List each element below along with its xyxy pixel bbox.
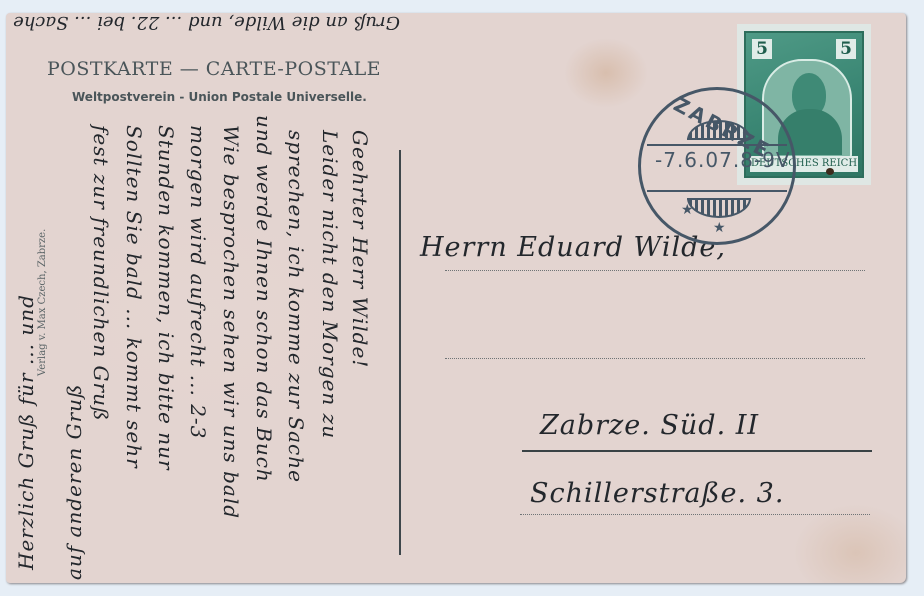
recipient-street: Schillerstraße. 3. bbox=[530, 478, 784, 509]
publisher-imprint: Verlag v. Max Czech, Zabrze. bbox=[37, 229, 48, 376]
recipient-city: Zabrze. Süd. II bbox=[540, 410, 759, 441]
message-line: Sollten Sie bald ... kommt sehr bbox=[122, 125, 146, 469]
message-line: Geehrter Herr Wilde! bbox=[348, 130, 372, 368]
star-icon: ★ bbox=[681, 202, 694, 218]
center-divider bbox=[399, 150, 401, 555]
recipient-name: Herrn Eduard Wilde, bbox=[420, 232, 726, 263]
address-rule bbox=[445, 270, 865, 271]
message-line: morgen wird aufrecht ... 2-3 bbox=[186, 125, 210, 439]
message-line: Stunden kommen, ich bitte nur bbox=[154, 125, 178, 471]
postmark-bar bbox=[647, 144, 787, 146]
postmark-date: -7.6.07.8-9V bbox=[655, 148, 791, 172]
ink-blot bbox=[826, 168, 834, 175]
address-underline bbox=[522, 450, 872, 452]
message-line: Wie besprochen sehen wir uns bald bbox=[219, 125, 243, 519]
message-line: Leider nicht den Morgen zu bbox=[318, 130, 342, 439]
message-line: und werde Ihnen schon das Buch bbox=[252, 115, 276, 483]
postal-union-subheading: Weltpostverein - Union Postale Universel… bbox=[72, 90, 367, 104]
postmark-bridge-bottom bbox=[687, 198, 751, 218]
address-rule bbox=[520, 514, 870, 515]
stamp-value-right: 5 bbox=[836, 39, 856, 59]
message-top-margin: Gruß an die Wilde, und ... 22. bei ... S… bbox=[60, 12, 400, 33]
postmark-bar bbox=[647, 190, 787, 192]
message-line: sprechen, ich komme zur Sache bbox=[284, 130, 308, 483]
stamp-value-left: 5 bbox=[752, 39, 772, 59]
message-margin-line: Herzlich Gruß für ... und bbox=[14, 294, 38, 570]
address-rule bbox=[445, 358, 865, 359]
postcard-heading: POSTKARTE — CARTE-POSTALE bbox=[47, 58, 381, 80]
star-icon: ★ bbox=[713, 220, 726, 236]
message-margin-line: auf anderen Gruß bbox=[62, 384, 86, 580]
postmark-cancellation: ZABRZE -7.6.07.8-9V ★ ★ bbox=[638, 87, 796, 245]
message-line: fest zur freundlichen Gruß bbox=[89, 125, 113, 421]
